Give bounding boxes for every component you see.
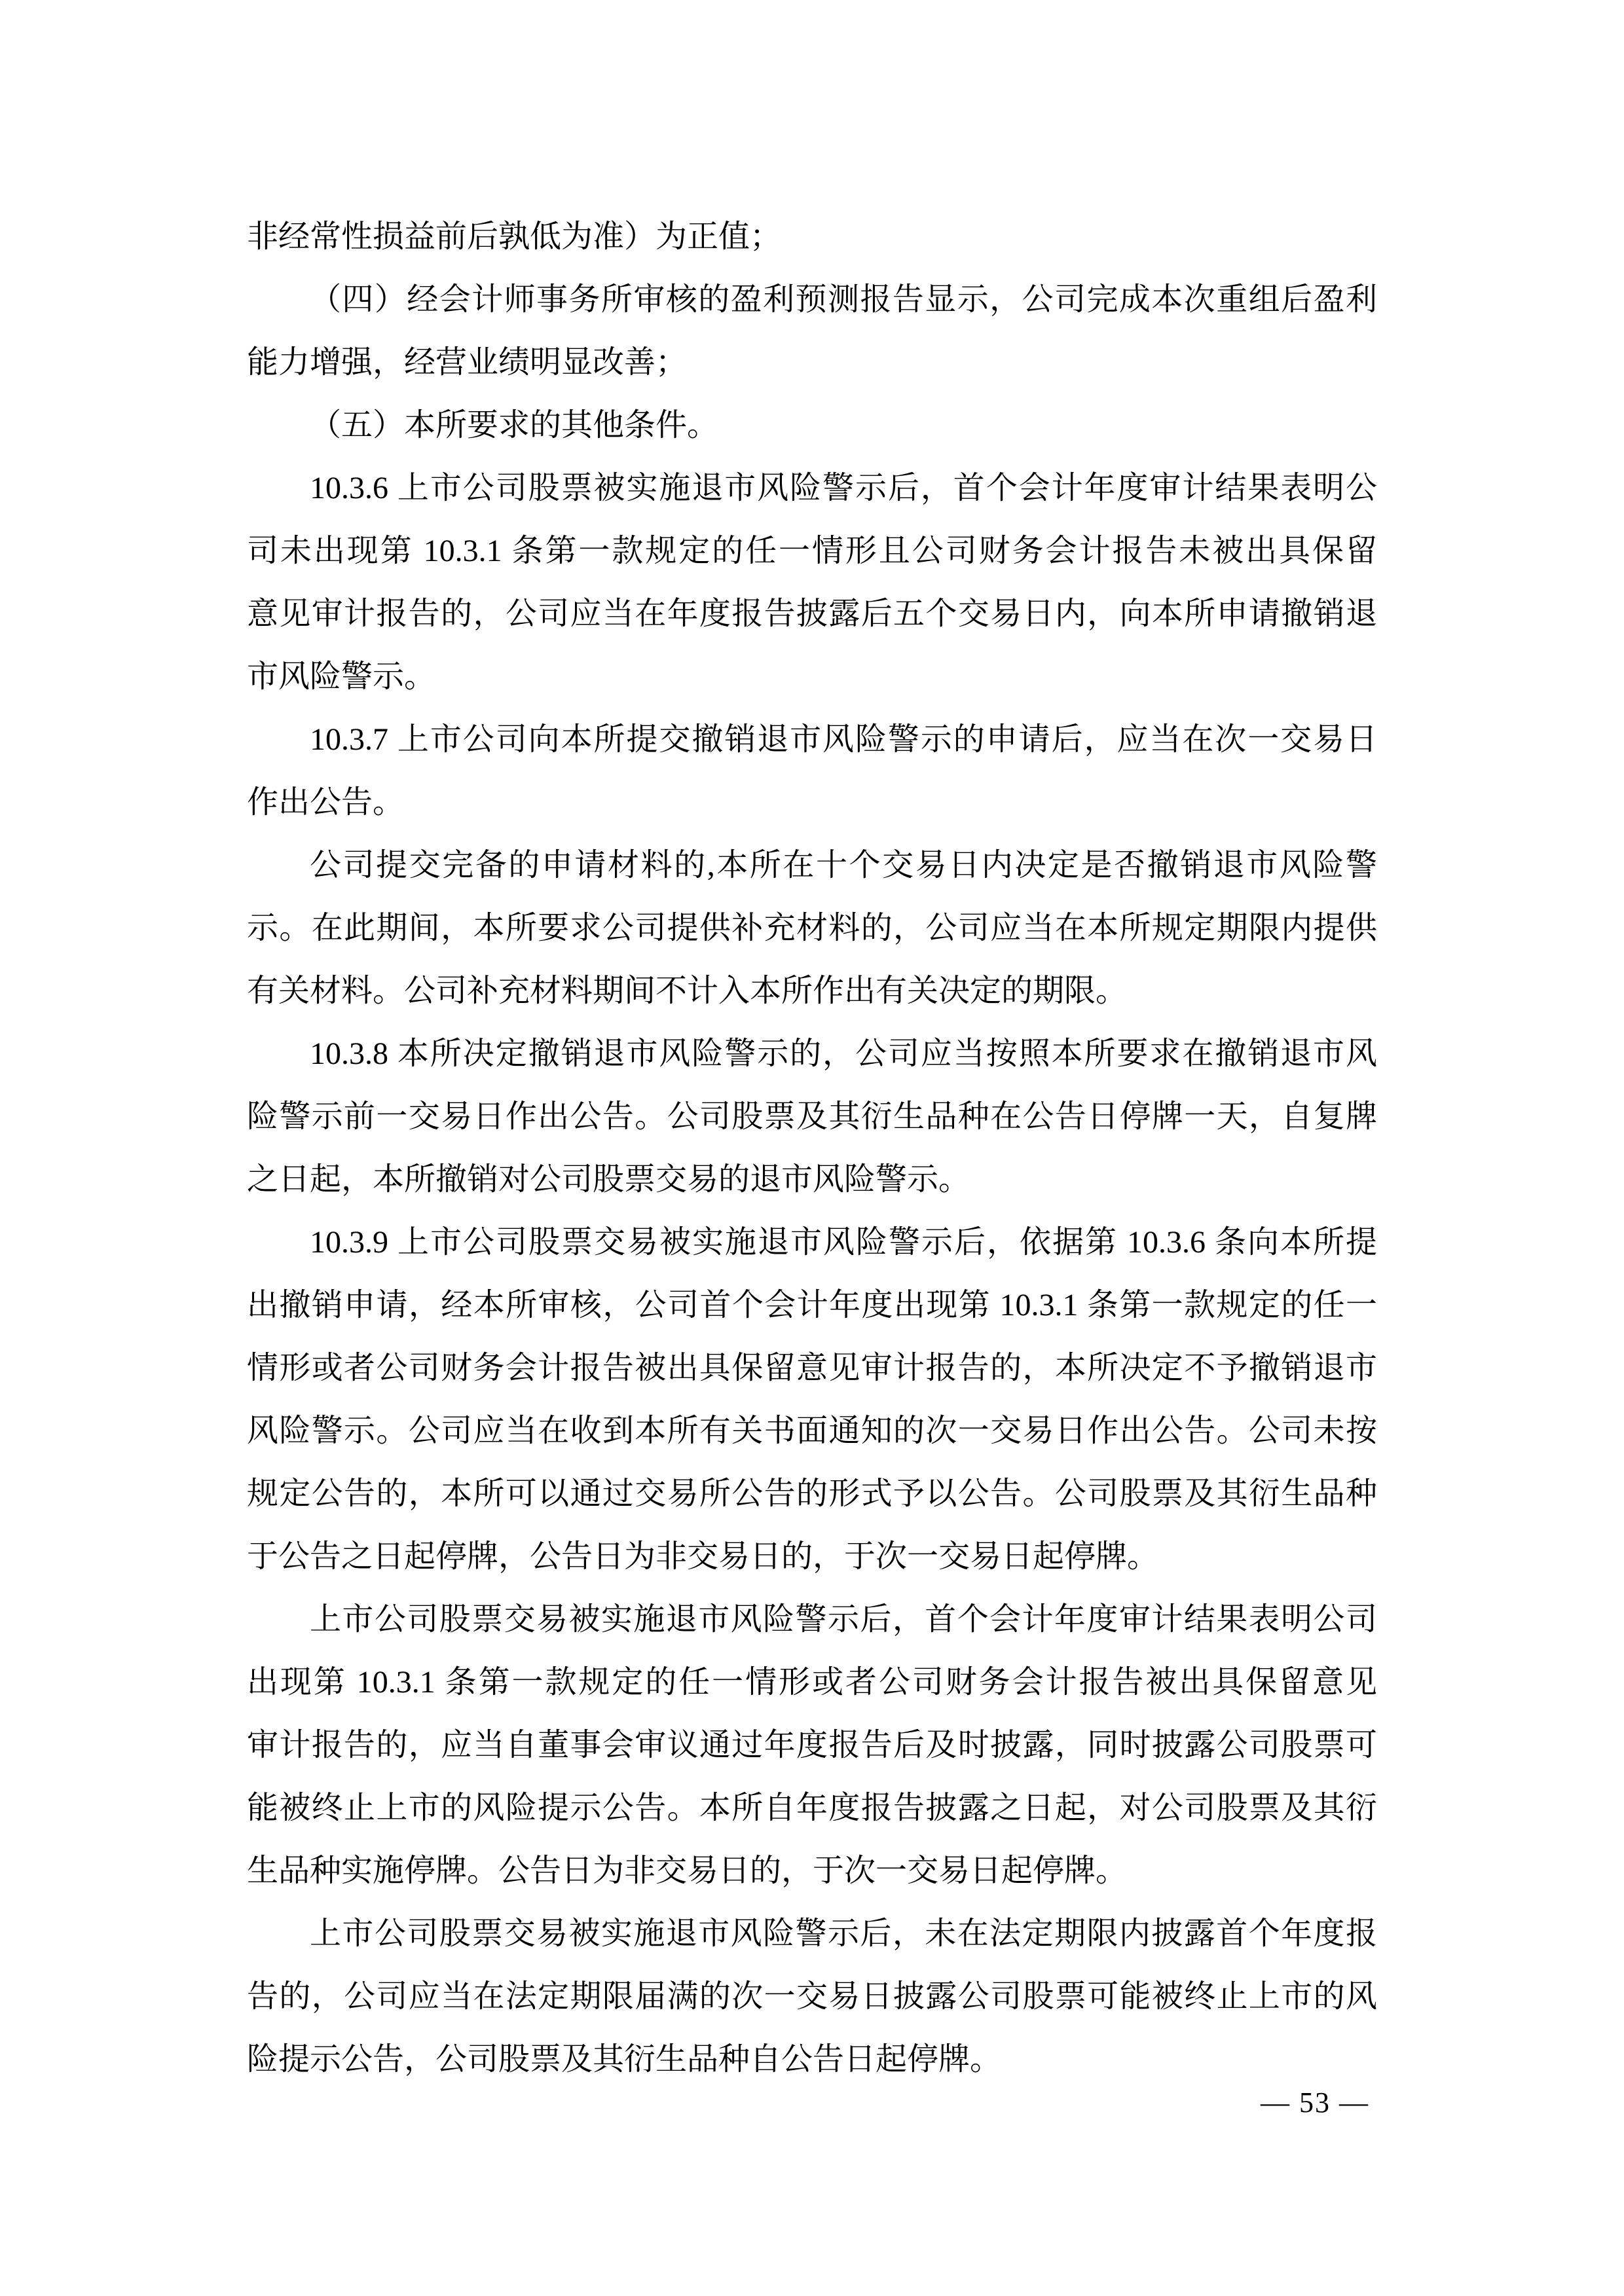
document-page: 非经常性损益前后孰低为准）为正值；（四）经会计师事务所审核的盈利预测报告显示，公… bbox=[0, 0, 1624, 2296]
text-line: 告的，公司应当在法定期限届满的次一交易日披露公司股票可能被终止上市的风 bbox=[247, 1965, 1377, 2028]
text-line: 能被终止上市的风险提示公告。本所自年度报告披露之日起，对公司股票及其衍 bbox=[247, 1777, 1377, 1840]
document-body-text: 非经常性损益前后孰低为准）为正值；（四）经会计师事务所审核的盈利预测报告显示，公… bbox=[247, 206, 1377, 2091]
paragraph: 10.3.9 上市公司股票交易被实施退市风险警示后，依据第 10.3.6 条向本… bbox=[247, 1211, 1377, 1588]
text-line: 市风险警示。 bbox=[247, 646, 1377, 708]
text-line: 险提示公告，公司股票及其衍生品种自公告日起停牌。 bbox=[247, 2028, 1377, 2091]
text-line: （四）经会计师事务所审核的盈利预测报告显示，公司完成本次重组后盈利 bbox=[247, 268, 1377, 331]
paragraph: 公司提交完备的申请材料的,本所在十个交易日内决定是否撤销退市风险警示。在此期间，… bbox=[247, 834, 1377, 1023]
text-line: 司未出现第 10.3.1 条第一款规定的任一情形且公司财务会计报告未被出具保留 bbox=[247, 520, 1377, 583]
text-line: 能力增强，经营业绩明显改善； bbox=[247, 331, 1377, 394]
text-line: 风险警示。公司应当在收到本所有关书面通知的次一交易日作出公告。公司未按 bbox=[247, 1400, 1377, 1463]
text-line: 上市公司股票交易被实施退市风险警示后，未在法定期限内披露首个年度报 bbox=[247, 1903, 1377, 1965]
paragraph: 10.3.7 上市公司向本所提交撤销退市风险警示的申请后，应当在次一交易日作出公… bbox=[247, 708, 1377, 834]
text-line: 示。在此期间，本所要求公司提供补充材料的，公司应当在本所规定期限内提供 bbox=[247, 897, 1377, 960]
text-line: 险警示前一交易日作出公告。公司股票及其衍生品种在公告日停牌一天，自复牌 bbox=[247, 1085, 1377, 1148]
page-number: — 53 — bbox=[247, 2086, 1377, 2120]
text-line: 规定公告的，本所可以通过交易所公告的形式予以公告。公司股票及其衍生品种 bbox=[247, 1463, 1377, 1525]
text-line: 意见审计报告的，公司应当在年度报告披露后五个交易日内，向本所申请撤销退 bbox=[247, 583, 1377, 646]
paragraph: 上市公司股票交易被实施退市风险警示后，首个会计年度审计结果表明公司出现第 10.… bbox=[247, 1588, 1377, 1903]
text-line: 10.3.9 上市公司股票交易被实施退市风险警示后，依据第 10.3.6 条向本… bbox=[247, 1211, 1377, 1274]
text-line: 公司提交完备的申请材料的,本所在十个交易日内决定是否撤销退市风险警 bbox=[247, 834, 1377, 897]
text-line: 10.3.8 本所决定撤销退市风险警示的，公司应当按照本所要求在撤销退市风 bbox=[247, 1023, 1377, 1085]
text-line: 有关材料。公司补充材料期间不计入本所作出有关决定的期限。 bbox=[247, 960, 1377, 1023]
text-line: 10.3.7 上市公司向本所提交撤销退市风险警示的申请后，应当在次一交易日 bbox=[247, 708, 1377, 771]
text-line: 作出公告。 bbox=[247, 771, 1377, 834]
text-line: 审计报告的，应当自董事会审议通过年度报告后及时披露，同时披露公司股票可 bbox=[247, 1714, 1377, 1777]
paragraph: 上市公司股票交易被实施退市风险警示后，未在法定期限内披露首个年度报告的，公司应当… bbox=[247, 1903, 1377, 2091]
text-line: 10.3.6 上市公司股票被实施退市风险警示后，首个会计年度审计结果表明公 bbox=[247, 457, 1377, 520]
text-line: 之日起，本所撤销对公司股票交易的退市风险警示。 bbox=[247, 1148, 1377, 1211]
text-line: 出撤销申请，经本所审核，公司首个会计年度出现第 10.3.1 条第一款规定的任一 bbox=[247, 1274, 1377, 1337]
paragraph: 10.3.8 本所决定撤销退市风险警示的，公司应当按照本所要求在撤销退市风险警示… bbox=[247, 1023, 1377, 1211]
text-line: 非经常性损益前后孰低为准）为正值； bbox=[247, 206, 1377, 268]
paragraph: （四）经会计师事务所审核的盈利预测报告显示，公司完成本次重组后盈利能力增强，经营… bbox=[247, 268, 1377, 394]
text-line: 出现第 10.3.1 条第一款规定的任一情形或者公司财务会计报告被出具保留意见 bbox=[247, 1651, 1377, 1714]
text-line: 生品种实施停牌。公告日为非交易日的，于次一交易日起停牌。 bbox=[247, 1840, 1377, 1903]
paragraph: （五）本所要求的其他条件。 bbox=[247, 394, 1377, 457]
text-line: （五）本所要求的其他条件。 bbox=[247, 394, 1377, 457]
paragraph: 非经常性损益前后孰低为准）为正值； bbox=[247, 206, 1377, 268]
text-line: 情形或者公司财务会计报告被出具保留意见审计报告的，本所决定不予撤销退市 bbox=[247, 1337, 1377, 1400]
paragraph: 10.3.6 上市公司股票被实施退市风险警示后，首个会计年度审计结果表明公司未出… bbox=[247, 457, 1377, 708]
text-line: 于公告之日起停牌，公告日为非交易日的，于次一交易日起停牌。 bbox=[247, 1525, 1377, 1588]
text-line: 上市公司股票交易被实施退市风险警示后，首个会计年度审计结果表明公司 bbox=[247, 1588, 1377, 1651]
